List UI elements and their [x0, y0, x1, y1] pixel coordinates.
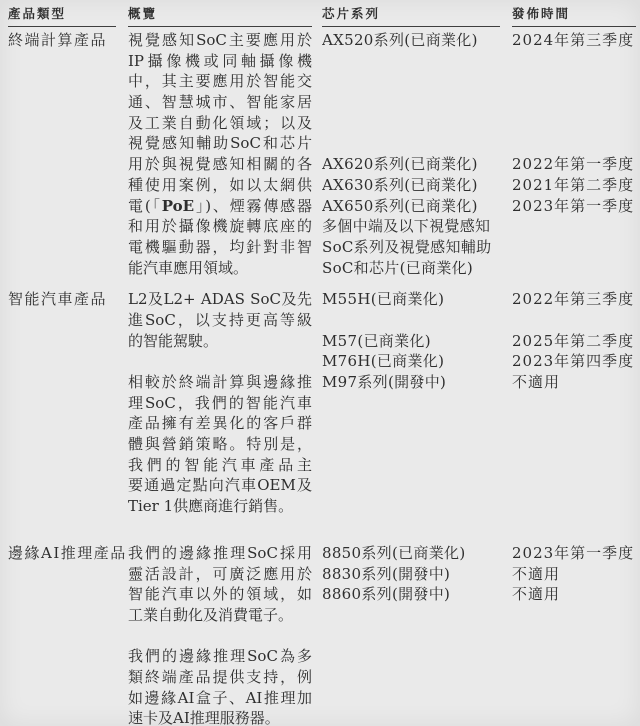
header-product-type: 產品類型 [8, 3, 128, 27]
release-date-cell: 2024年第三季度 2022年第一季度2021年第二季度2023年第一季度 [508, 30, 636, 216]
overview-cell: 視覺感知SoC主要應用於IP攝像機或同軸攝像機中，其主要應用於智能交通、智慧城市… [128, 30, 322, 278]
blank-line [512, 133, 636, 154]
product-table: 產品類型概覽芯片系列發佈時間 終端計算產品視覺感知SoC主要應用於IP攝像機或同… [8, 3, 636, 726]
product-type-label: 邊緣AI推理產品 [8, 543, 128, 564]
release-date-line: 2021年第二季度 [512, 175, 636, 196]
overview-line: 理SoC，我們的智能汽車 [128, 393, 312, 414]
overview-line: 我們的邊緣推理SoC為多 [128, 646, 312, 667]
chip-series-line: M55H(已商業化) [322, 289, 500, 310]
header-chip-series: 芯片系列 [322, 3, 508, 27]
header-overview-label: 概覽 [128, 3, 312, 27]
product-row: 智能汽車產品L2及L2+ ADAS SoC及先進SoC，以支持更高等級的智能駕駛… [8, 289, 636, 517]
chip-series-line: AX630系列(已商業化) [322, 175, 500, 196]
product-type-label: 終端計算產品 [8, 30, 128, 51]
header-release-date: 發佈時間 [508, 3, 636, 27]
release-date-line: 2022年第三季度 [512, 289, 636, 310]
chip-series-line: SoC和芯片(已商業化) [322, 258, 500, 279]
blank-line [512, 51, 636, 72]
overview-line: 進SoC，以支持更高等級 [128, 310, 312, 331]
chip-series-line: 8850系列(已商業化) [322, 543, 500, 564]
blank-line [512, 310, 636, 331]
overview-line: IP攝像機或同軸攝像機 [128, 51, 312, 72]
overview-line: 視覺感知SoC主要應用於 [128, 30, 312, 51]
overview-line: 及工業自動化領域；以及 [128, 113, 312, 134]
header-product-type-label: 產品類型 [8, 3, 116, 27]
chip-series-line: SoC系列及視覺感知輔助 [322, 237, 500, 258]
chip-series-line: M57(已商業化) [322, 331, 500, 352]
chip-series-cell: M55H(已商業化) M57(已商業化)M76H(已商業化)M97系列(開發中) [322, 289, 508, 392]
release-date-line: 不適用 [512, 372, 636, 393]
blank-line [322, 310, 500, 331]
blank-line [322, 113, 500, 134]
header-chip-series-label: 芯片系列 [322, 3, 500, 27]
release-date-line: 2023年第一季度 [512, 543, 636, 564]
release-date-line: 不適用 [512, 584, 636, 605]
overview-line: 種使用案例，如以太網供 [128, 175, 312, 196]
chip-series-line: 8860系列(開發中) [322, 584, 500, 605]
overview-line: 相較於終端計算與邊緣推 [128, 372, 312, 393]
chip-series-line: AX520系列(已商業化) [322, 30, 500, 51]
overview-line: 體與營銷策略。特別是， [128, 434, 312, 455]
overview-line: 工業自動化及消費電子。 [128, 605, 312, 626]
product-type-cell: 終端計算產品 [8, 30, 128, 51]
overview-line: 視覺感知輔助SoC和芯片 [128, 133, 312, 154]
release-date-cell: 2023年第一季度不適用不適用 [508, 543, 636, 605]
overview-line: 要通過定點向汽車OEM及 [128, 475, 312, 496]
product-type-cell: 邊緣AI推理產品 [8, 543, 128, 564]
chip-series-line: 多個中端及以下視覺感知 [322, 216, 500, 237]
release-date-line: 2022年第一季度 [512, 154, 636, 175]
overview-line: 用於與視覺感知相關的各 [128, 154, 312, 175]
overview-line: 中，其主要應用於智能交 [128, 71, 312, 92]
chip-series-line: AX650系列(已商業化) [322, 196, 500, 217]
header-release-date-label: 發佈時間 [512, 3, 636, 27]
overview-line: L2及L2+ ADAS SoC及先 [128, 289, 312, 310]
overview-line: 我們的邊緣推理SoC採用 [128, 543, 312, 564]
header-overview: 概覽 [128, 3, 322, 27]
overview-line: 速卡及AI推理服務器。 [128, 708, 312, 726]
release-date-line: 2024年第三季度 [512, 30, 636, 51]
release-date-line: 2023年第一季度 [512, 196, 636, 217]
product-row: 終端計算產品視覺感知SoC主要應用於IP攝像機或同軸攝像機中，其主要應用於智能交… [8, 30, 636, 278]
product-type-cell: 智能汽車產品 [8, 289, 128, 310]
overview-line: 電(「PoE」)、煙霧傳感器 [128, 196, 312, 217]
release-date-line: 2025年第二季度 [512, 331, 636, 352]
chip-series-cell: AX520系列(已商業化) AX620系列(已商業化)AX630系列(已商業化)… [322, 30, 508, 278]
overview-line: 產品擁有差異化的客戶群 [128, 413, 312, 434]
blank-line [128, 626, 312, 647]
blank-line [322, 51, 500, 72]
chip-series-line: M76H(已商業化) [322, 351, 500, 372]
overview-line: 通、智慧城市、智能家居 [128, 92, 312, 113]
product-type-label: 智能汽車產品 [8, 289, 128, 310]
product-row: 邊緣AI推理產品我們的邊緣推理SoC採用靈活設計，可廣泛應用於智能汽車以外的領域… [8, 543, 636, 726]
blank-line [322, 133, 500, 154]
table-header-row: 產品類型概覽芯片系列發佈時間 [8, 3, 636, 27]
overview-line: 智能汽車以外的領域，如 [128, 584, 312, 605]
blank-line [512, 92, 636, 113]
chip-series-line: M97系列(開發中) [322, 372, 500, 393]
page: 產品類型概覽芯片系列發佈時間 終端計算產品視覺感知SoC主要應用於IP攝像機或同… [0, 0, 640, 726]
blank-line [128, 351, 312, 372]
product-table-body: 終端計算產品視覺感知SoC主要應用於IP攝像機或同軸攝像機中，其主要應用於智能交… [8, 30, 636, 726]
overview-line: 能汽車應用領域。 [128, 258, 312, 279]
blank-line [512, 71, 636, 92]
blank-line [322, 92, 500, 113]
overview-line: Tier 1供應商進行銷售。 [128, 496, 312, 517]
release-date-cell: 2022年第三季度 2025年第二季度2023年第四季度不適用 [508, 289, 636, 392]
overview-cell: L2及L2+ ADAS SoC及先進SoC，以支持更高等級的智能駕駛。 相較於終… [128, 289, 322, 517]
blank-line [512, 113, 636, 134]
chip-series-cell: 8850系列(已商業化)8830系列(開發中)8860系列(開發中) [322, 543, 508, 605]
overview-line: 靈活設計，可廣泛應用於 [128, 564, 312, 585]
overview-cell: 我們的邊緣推理SoC採用靈活設計，可廣泛應用於智能汽車以外的領域，如工業自動化及… [128, 543, 322, 726]
overview-line: 如邊緣AI盒子、AI推理加 [128, 688, 312, 709]
overview-line: 類終端產品提供支持，例 [128, 667, 312, 688]
blank-line [322, 71, 500, 92]
chip-series-line: AX620系列(已商業化) [322, 154, 500, 175]
release-date-line: 2023年第四季度 [512, 351, 636, 372]
overview-line: 的智能駕駛。 [128, 331, 312, 352]
release-date-line: 不適用 [512, 564, 636, 585]
chip-series-line: 8830系列(開發中) [322, 564, 500, 585]
overview-line: 電機驅動器，均針對非智 [128, 237, 312, 258]
overview-line: 和用於攝像機旋轉底座的 [128, 216, 312, 237]
overview-line: 我們的智能汽車產品主 [128, 455, 312, 476]
